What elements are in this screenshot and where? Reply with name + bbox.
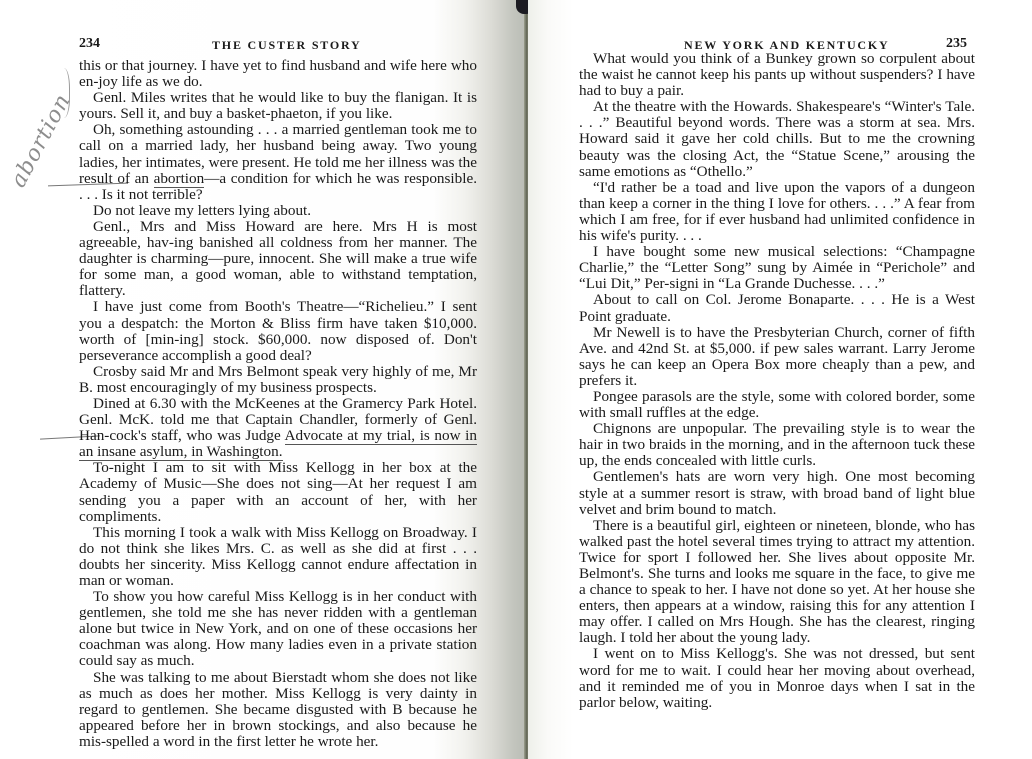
paragraph: To show you how careful Miss Kellogg is … — [79, 589, 477, 669]
paragraph: To-night I am to sit with Miss Kellogg i… — [79, 460, 477, 524]
paragraph: Genl. Miles writes that he would like to… — [79, 90, 477, 122]
book-spread: 234 THE CUSTER STORY abortion this or th… — [0, 0, 1032, 759]
paragraph: Mr Newell is to have the Presbyterian Ch… — [579, 325, 975, 389]
paragraph: Pongee parasols are the style, some with… — [579, 389, 975, 421]
right-page-body: What would you think of a Bunkey grown s… — [579, 51, 975, 711]
paragraph: There is a beautiful girl, eighteen or n… — [579, 518, 975, 647]
paragraph: Crosby said Mr and Mrs Belmont speak ver… — [79, 364, 477, 396]
paragraph: About to call on Col. Jerome Bonaparte. … — [579, 292, 975, 324]
paragraph: This morning I took a walk with Miss Kel… — [79, 525, 477, 589]
paragraph: At the theatre with the Howards. Shakesp… — [579, 99, 975, 179]
paragraph: Chignons are unpopular. The prevailing s… — [579, 421, 975, 469]
paragraph: Oh, something astounding . . . a married… — [79, 122, 477, 202]
paragraph: What would you think of a Bunkey grown s… — [579, 51, 975, 99]
paragraph: this or that journey. I have yet to find… — [79, 58, 477, 90]
page-number-left: 234 — [79, 36, 100, 52]
paragraph: Gentlemen's hats are worn very high. One… — [579, 469, 975, 517]
paragraph: I have bought some new musical selection… — [579, 244, 975, 292]
margin-annotation: abortion — [6, 90, 76, 192]
left-page: 234 THE CUSTER STORY abortion this or th… — [0, 0, 528, 759]
paragraph: Genl., Mrs and Miss Howard are here. Mrs… — [79, 219, 477, 299]
paragraph: She was talking to me about Bierstadt wh… — [79, 670, 477, 750]
running-head-left: THE CUSTER STORY — [212, 38, 362, 53]
paragraph: I went on to Miss Kellogg's. She was not… — [579, 646, 975, 710]
paragraph: “I'd rather be a toad and live upon the … — [579, 180, 975, 244]
paragraph: I have just come from Booth's Theatre—“R… — [79, 299, 477, 363]
paragraph: Dined at 6.30 with the McKeenes at the G… — [79, 396, 477, 460]
left-page-body: this or that journey. I have yet to find… — [79, 58, 477, 750]
paragraph: Do not leave my letters lying about. — [79, 203, 477, 219]
